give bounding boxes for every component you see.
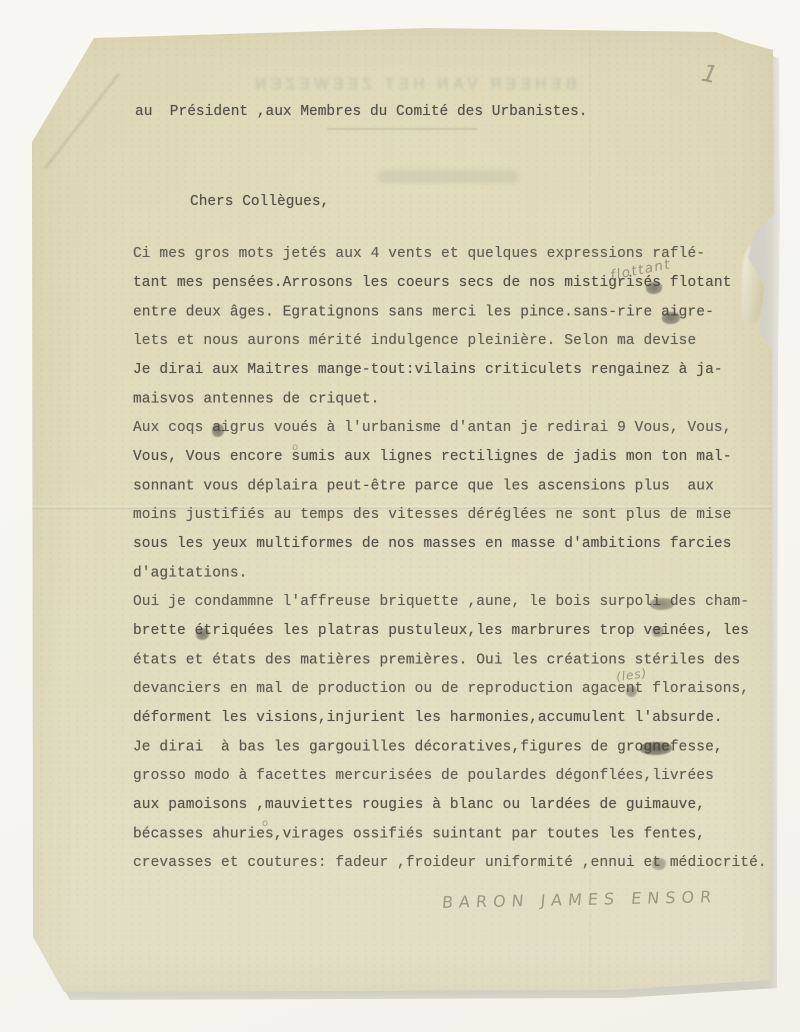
recipient-line: au Président ,aux Membres du Comité des …	[135, 104, 587, 120]
typed-line: Je dirai aux Maitres mange-tout:vilains …	[133, 356, 773, 385]
typed-line: tant mes pensées.Arrosons les coeurs sec…	[133, 269, 773, 298]
typed-line: bécasses ahuries,virages ossifiés suinta…	[133, 820, 773, 849]
typed-line: sonnant vous déplaira peut-être parce qu…	[133, 472, 773, 501]
ghost-letterhead-imprint: BEHEER VAN HET ZEEWEZEN	[240, 76, 588, 102]
typed-line: déforment les visions,injurient les harm…	[133, 704, 773, 733]
ink-blot	[196, 628, 209, 640]
typed-line: maisvos antennes de criquet.	[133, 385, 773, 414]
handwritten-correction-o: o	[262, 818, 268, 829]
corner-crease	[44, 73, 119, 169]
ink-blot	[662, 312, 680, 324]
typed-line: Ci mes gros mots jetés aux 4 vents et qu…	[133, 240, 773, 269]
typed-line: sous les yeux multiformes de nos masses …	[133, 530, 773, 559]
ink-blot	[626, 686, 637, 697]
typed-line: Vous, Vous encore sumis aux lignes recti…	[133, 443, 773, 472]
salutation: Chers Collègues,	[190, 194, 329, 210]
ink-blot	[652, 626, 664, 637]
letter-paper: BEHEER VAN HET ZEEWEZEN 1 au Président ,…	[28, 24, 776, 999]
typed-line: Aux coqs aigrus voués à l'urbanisme d'an…	[133, 414, 773, 443]
ink-blot	[652, 858, 666, 870]
typed-line: lets et nous aurons mérité indulgence pl…	[133, 327, 773, 356]
ghost-smudge	[378, 170, 518, 183]
typed-line: Oui je condammne l'affreuse briquette ,a…	[133, 588, 773, 617]
scanned-letter: BEHEER VAN HET ZEEWEZEN 1 au Président ,…	[0, 0, 800, 1032]
typed-line: moins justifiés au temps des vitesses dé…	[133, 501, 773, 530]
typed-line: devanciers en mal de production ou de re…	[133, 675, 773, 704]
typed-line: états et états des matières premières. O…	[133, 646, 773, 675]
typed-line: aux pamoisons ,mauviettes rougies à blan…	[133, 791, 773, 820]
page-number: 1	[699, 59, 720, 90]
typed-line: grosso modo à facettes mercurisées de po…	[133, 762, 773, 791]
typed-line: crevasses et coutures: fadeur ,froideur …	[133, 849, 773, 878]
signature: BARON JAMES ENSOR	[441, 887, 718, 912]
typed-line: d'agitations.	[133, 559, 773, 588]
ink-blot	[646, 282, 662, 294]
typed-line: brette étriquées les platras pustuleux,l…	[133, 617, 773, 646]
typed-line: Je dirai à bas les gargouilles décorativ…	[133, 733, 773, 762]
letter-body: Ci mes gros mots jetés aux 4 vents et qu…	[133, 240, 773, 878]
handwritten-correction-o: o	[292, 442, 298, 453]
ink-blot	[212, 424, 224, 437]
ink-blot	[650, 598, 674, 610]
ghost-letterhead-underline	[327, 128, 477, 130]
ink-blot	[640, 742, 672, 755]
